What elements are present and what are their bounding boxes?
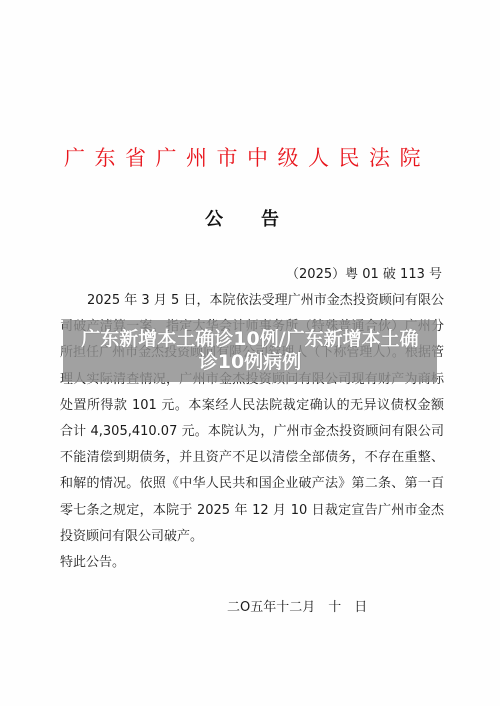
closing-statement: 特此公告。 [60, 550, 444, 576]
notice-heading: 公告 [205, 205, 317, 235]
issue-date: 二O五年十二月 十 日 [227, 597, 367, 619]
court-name-header: 广东省广州市中级人民法院 [64, 141, 444, 175]
headline-overlay-banner: 广东新增本土确诊10例/广东新增本土确诊10例病例 [63, 320, 437, 382]
document-page: 广东省广州市中级人民法院 公告 （2025）粤 01 破 113 号 2025 … [0, 0, 500, 706]
headline-overlay-text: 广东新增本土确诊10例/广东新增本土确诊10例病例 [80, 328, 420, 374]
case-number: （2025）粤 01 破 113 号 [286, 264, 442, 286]
